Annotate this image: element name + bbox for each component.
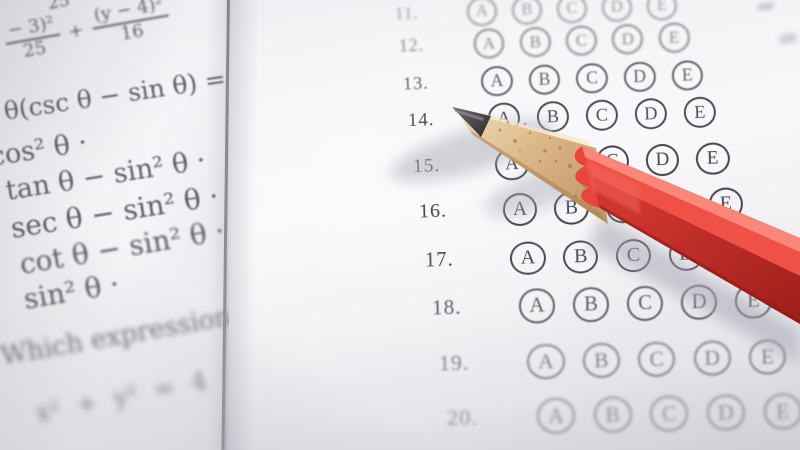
red-pencil bbox=[0, 0, 800, 450]
photo-answer-sheet-and-pencil: 11.ABCDE12.ABCDE13.ABCDE14.ABCDE15.ABCDE… bbox=[0, 0, 800, 450]
